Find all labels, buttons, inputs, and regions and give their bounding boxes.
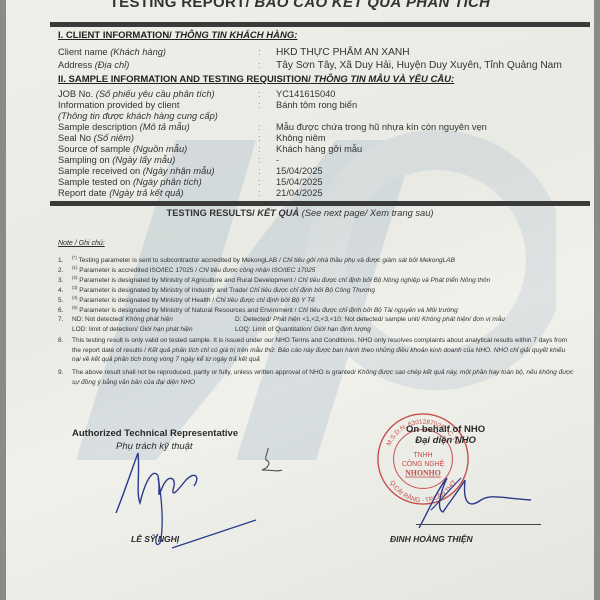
- report-page: TESTING REPORT/ BÁO CÁO KẾT QUẢ PHÂN TÍC…: [6, 0, 594, 600]
- received-on-row: Sample received on (Ngày nhận mẫu):15/04…: [58, 166, 323, 176]
- report-date-row: Report date (Ngày trả kết quả):21/04/202…: [58, 188, 323, 198]
- client-section-heading: I. CLIENT INFORMATION/ THÔNG TIN KHÁCH H…: [58, 30, 297, 41]
- on-behalf-name: ĐINH HOÀNG THIỆN: [390, 534, 473, 544]
- info-provided-vi-row: (Thông tin được khách hàng cung cấp): [58, 111, 258, 121]
- job-no-row: JOB No. (Số phiếu yêu cầu phân tích):YC1…: [58, 89, 335, 99]
- job-no-value: YC141615040: [276, 89, 335, 99]
- seal-no-row: Seal No (Số niêm):Không niêm: [58, 133, 326, 143]
- signature-line: [416, 524, 541, 525]
- sample-description-row: Sample description (Mô tả mẫu):Mẫu được …: [58, 122, 487, 132]
- on-behalf-block: On behalf of NHO Đại diện NHO: [406, 424, 485, 446]
- sample-section-heading: II. SAMPLE INFORMATION AND TESTING REQUI…: [58, 74, 454, 85]
- report-date-value: 21/04/2025: [276, 188, 323, 198]
- sample-description-value: Mẫu được chứa trong hũ nhựa kín còn nguy…: [276, 122, 487, 132]
- note-item: 3.(2) Parameter is designated by Ministr…: [58, 275, 490, 284]
- client-name-value: HKD THỰC PHẨM AN XANH: [276, 47, 410, 58]
- testing-results-heading: TESTING RESULTS/ KẾT QUẢ (See next page/…: [6, 208, 594, 218]
- note-item-reproduction: 9.The above result shall not be reproduc…: [58, 368, 578, 387]
- report-title: TESTING REPORT/ BÁO CÁO KẾT QUẢ PHÂN TÍC…: [6, 0, 594, 11]
- note-item: 2.(1) Parameter is accredited ISO/IEC 17…: [58, 265, 315, 274]
- note-item: 6.(5) Parameter is designated by Ministr…: [58, 305, 458, 314]
- note-item-abbreviations: 7.ND: Not detected/ Không phát hiệnD: De…: [58, 316, 505, 323]
- svg-text:CÔNG NGHỆ: CÔNG NGHỆ: [402, 459, 445, 468]
- note-item-validity: 8.This testing result is only valid on t…: [58, 336, 578, 365]
- info-provided-value: Bánh tôm rong biển: [276, 100, 357, 110]
- divider: [50, 201, 590, 206]
- sampling-on-value: -: [276, 155, 279, 165]
- on-behalf-title-vi: Đại diện NHO: [406, 435, 485, 446]
- info-provided-row: Information provided by client:Bánh tôm …: [58, 100, 357, 110]
- divider: [50, 22, 590, 27]
- note-item: 1.(*) Testing parameter is sent to subco…: [58, 255, 455, 264]
- signature-right-icon: [411, 470, 591, 530]
- note-item: 4.(3) Parameter is designated by Ministr…: [58, 285, 375, 294]
- address-value: Tây Sơn Tây, Xã Duy Hải, Huyện Duy Xuyên…: [276, 60, 562, 71]
- tested-on-row: Sample tested on (Ngày phân tích):15/04/…: [58, 177, 323, 187]
- note-item: 5.(4) Parameter is designated by Ministr…: [58, 295, 315, 304]
- received-on-value: 15/04/2025: [276, 166, 323, 176]
- sampling-on-row: Sampling on (Ngày lấy mẫu):-: [58, 155, 279, 165]
- on-behalf-title: On behalf of NHO: [406, 424, 485, 435]
- client-name-row: Client name (Khách hàng):HKD THỰC PHẨM A…: [58, 47, 410, 58]
- notes-title: Note / Ghi chú:: [58, 240, 105, 247]
- technical-rep-name: LÊ SỸ NGHỊ: [131, 534, 179, 544]
- seal-no-value: Không niêm: [276, 133, 326, 143]
- note-item-abbreviations-2: LOD: limit of detection/ Giới hạn phát h…: [72, 326, 371, 333]
- tested-on-value: 15/04/2025: [276, 177, 323, 187]
- svg-text:TNHH: TNHH: [413, 452, 432, 459]
- technical-rep-title: Authorized Technical Representative: [72, 428, 238, 439]
- source-value: Khách hàng gởi mẫu: [276, 144, 362, 154]
- address-row: Address (Địa chỉ):Tây Sơn Tây, Xã Duy Hả…: [58, 60, 562, 71]
- source-row: Source of sample (Nguồn mẫu):Khách hàng …: [58, 144, 362, 154]
